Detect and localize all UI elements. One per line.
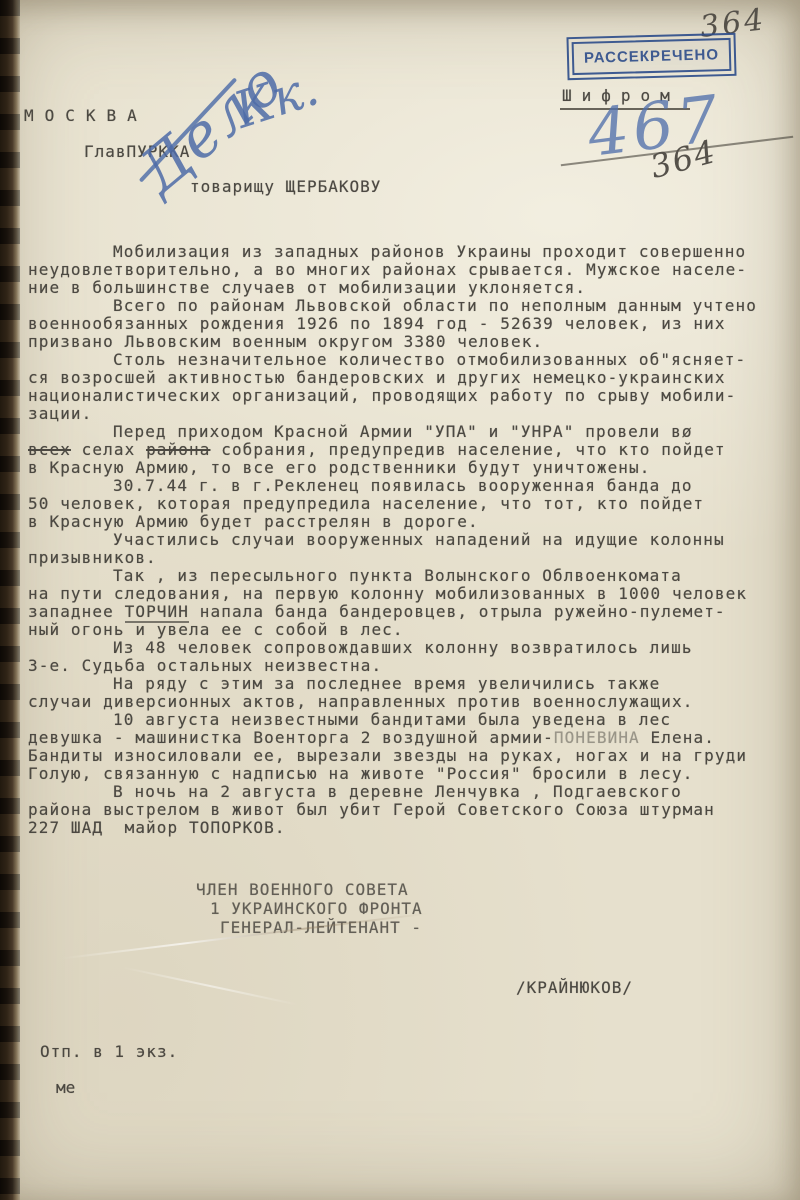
body-line: Участились случаи вооруженных нападений … (28, 531, 794, 549)
signature-title-line: 1 УКРАИНСКОГО ФРОНТА (196, 899, 423, 918)
body-line: ся возросшей активностью бандеровских и … (28, 369, 794, 387)
body-line: в Красную Армию, то все его родственники… (28, 459, 794, 477)
body-line: В ночь на 2 августа в деревне Ленчувка ,… (28, 783, 794, 801)
body-line-with-strikethrough: всех селах района собрания, предупредив … (28, 441, 794, 459)
body-text: девушка - машинистка Военторга 2 воздушн… (28, 728, 554, 747)
body-line: На ряду с этим за последнее время увелич… (28, 675, 794, 693)
body-line: Голую, связанную с надписью на животе "Р… (28, 765, 794, 783)
body-line: в Красную Армию будет расстрелян в дорог… (28, 513, 794, 531)
declassified-stamp: РАССЕКРЕЧЕНО (572, 38, 732, 75)
body-line: Из 48 человек сопровождавших колонну воз… (28, 639, 794, 657)
addressee-person: товарищу ЩЕРБАКОВУ (190, 177, 381, 196)
body-line-with-faded-name: девушка - машинистка Военторга 2 воздушн… (28, 729, 794, 747)
body-line: 3-е. Судьба остальных неизвестна. (28, 657, 794, 675)
document-body: Мобилизация из западных районов Украины … (28, 243, 794, 837)
body-line: 30.7.44 г. в г.Рекленец появилась вооруж… (28, 477, 794, 495)
body-text: селах (71, 440, 146, 459)
body-line: случаи диверсионных актов, направленных … (28, 693, 794, 711)
body-line-with-underline: западнее ТОРЧИН напала банда бандеровцев… (28, 603, 794, 621)
body-line: националистических организаций, проводящ… (28, 387, 794, 405)
paper-crease (122, 966, 298, 1005)
body-line: призвано Львовским военным округом 3380 … (28, 333, 794, 351)
signatory-name: /КРАЙНЮКОВ/ (516, 978, 633, 997)
body-line: на пути следования, на первую колонну мо… (28, 585, 794, 603)
body-line: 227 ШАД майор ТОПОРКОВ. (28, 819, 794, 837)
declassified-stamp-text: РАССЕКРЕЧЕНО (584, 46, 719, 67)
book-binding-edge (0, 0, 20, 1200)
body-line: ние в большинстве случаев от мобилизации… (28, 279, 794, 297)
body-line: военнообязанных рождения 1926 по 1894 го… (28, 315, 794, 333)
body-line: района выстрелом в живот был убит Герой … (28, 801, 794, 819)
body-line: Мобилизация из западных районов Украины … (28, 243, 794, 261)
body-line: 50 человек, которая предупредила населен… (28, 495, 794, 513)
signature-title-line: ЧЛЕН ВОЕННОГО СОВЕТА (196, 880, 423, 899)
body-line: Столь незначительное количество отмобили… (28, 351, 794, 369)
body-line: зации. (28, 405, 794, 423)
body-text: Елена. (640, 728, 715, 747)
body-line: призывников. (28, 549, 794, 567)
copies-note: Отп. в 1 экз. (40, 1042, 178, 1061)
body-text: западнее (28, 602, 125, 621)
body-text: собрания, предупредив население, что кто… (210, 440, 725, 459)
body-line: Перед приходом Красной Армии "УПА" и "УН… (28, 423, 794, 441)
document-page: 364 РАССЕКРЕЧЕНО Шифром 467 364 МОСКВА Г… (0, 0, 800, 1200)
city-line: МОСКВА (24, 106, 148, 125)
body-text: напала банда бандеровцев, отрыла ружейно… (189, 602, 726, 621)
body-line: Так , из пересыльного пункта Волынского … (28, 567, 794, 585)
typist-initials: ме (56, 1078, 75, 1097)
body-line: Бандиты износиловали ее, вырезали звезды… (28, 747, 794, 765)
struck-word: района (146, 440, 210, 459)
body-line: Всего по районам Львовской области по не… (28, 297, 794, 315)
body-line: ный огонь и увела ее с собой в лес. (28, 621, 794, 639)
struck-word: всех (28, 440, 71, 459)
faded-surname: ПОНЕВИНА (554, 728, 640, 747)
body-line: 10 августа неизвестными бандитами была у… (28, 711, 794, 729)
body-line: неудовлетворительно, а во многих районах… (28, 261, 794, 279)
